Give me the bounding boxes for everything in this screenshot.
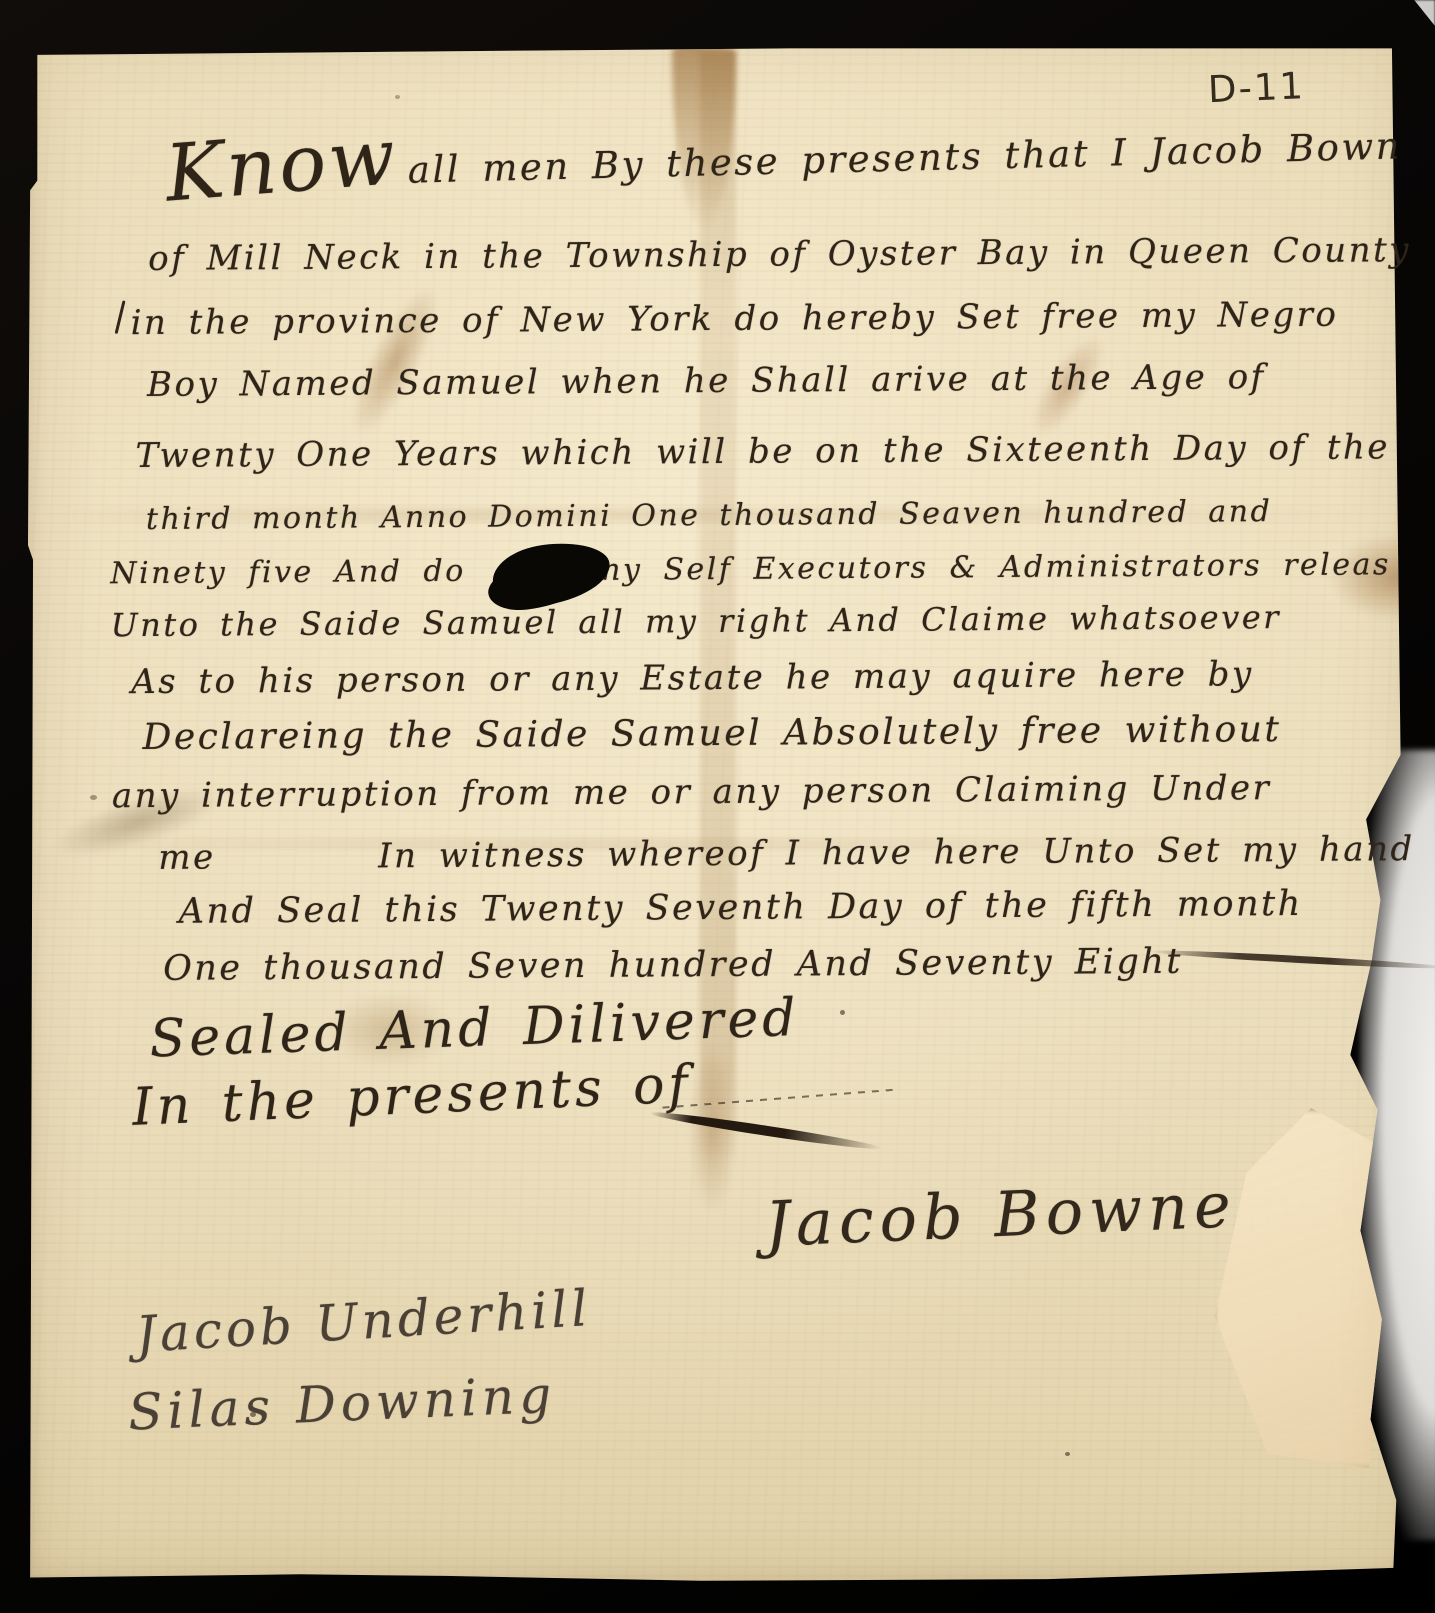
line-1-text: all men By these presents that I Jacob B… [407, 124, 1402, 191]
manuscript-line-12: me In witness whereof I have here Unto S… [158, 829, 1415, 878]
manuscript-line-7: Ninety five And do my Self Executors & A… [110, 547, 1391, 591]
manuscript-line-6: third month Anno Domini One thousand Sea… [146, 494, 1273, 537]
witness-signature-silas-downing: Silas Downing [127, 1366, 557, 1442]
archive-label: D-11 [1207, 64, 1306, 111]
scan-backdrop: D-11 Knowall men By these presents that … [0, 0, 1435, 1613]
manuscript-line-2: of Mill Neck in the Township of Oyster B… [148, 230, 1411, 279]
signature-jacob-bowne: Jacob Bowne [764, 1168, 1239, 1261]
manuscript-line-14: One thousand Seven hundred And Seventy E… [163, 942, 1183, 989]
manuscript-line-8: Unto the Saide Samuel all my right And C… [111, 598, 1282, 644]
manuscript-line-11: any interruption from me or any person C… [112, 768, 1272, 816]
manuscript-line-13: And Seal this Twenty Seventh Day of the … [179, 884, 1303, 932]
manuscript-line-1: Knowall men By these presents that I Jac… [165, 124, 1402, 197]
manuscript-line-4: Boy Named Samuel when he Shall arive at … [147, 357, 1266, 405]
pen-flourish-thin [662, 1089, 896, 1109]
manuscript-line-15: Sealed And Dilivered [149, 988, 801, 1070]
opening-word: Know [166, 157, 398, 175]
manuscript-line-5: Twenty One Years which will be on the Si… [135, 427, 1390, 476]
manuscript-line-3: in the province of New York do hereby Se… [130, 295, 1338, 343]
pen-mark-line-3 [115, 300, 126, 334]
document-text: D-11 Knowall men By these presents that … [0, 0, 1435, 1613]
manuscript-line-10: Declareing the Saide Samuel Absolutely f… [142, 709, 1281, 758]
paper-hole [489, 537, 614, 612]
pen-flourish-after-eight [1149, 948, 1435, 971]
witness-signature-jacob-underhill: Jacob Underhill [134, 1279, 593, 1364]
manuscript-line-9: As to his person or any Estate he may aq… [131, 654, 1254, 702]
pen-flourish-thick [649, 1108, 883, 1153]
